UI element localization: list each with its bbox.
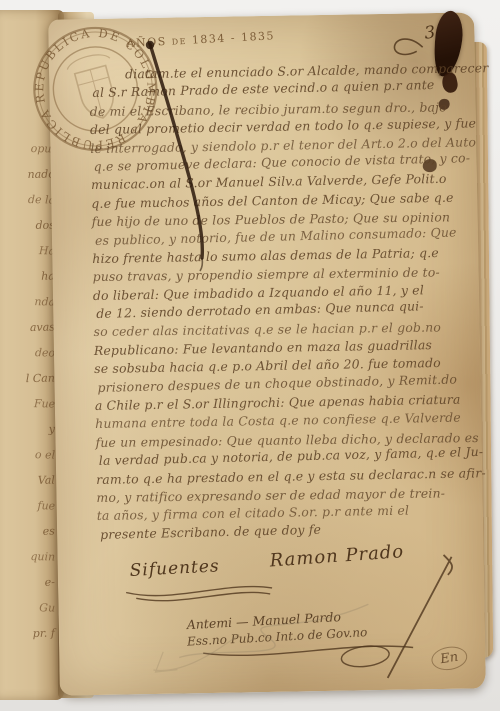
verso-fragment: fue bbox=[0, 498, 60, 525]
signature-sifuentes: Sifuentes bbox=[129, 556, 220, 581]
verso-fragment: o el bbox=[0, 447, 60, 474]
body-text: diatam.te el enunciado S.or Alcalde, man… bbox=[89, 61, 463, 545]
verso-fragment: avas bbox=[0, 320, 60, 347]
verso-fragment: deo bbox=[0, 345, 60, 372]
verso-fragment: Gu bbox=[0, 600, 60, 627]
verso-fragment: es bbox=[0, 524, 60, 551]
verso-fragment: Val bbox=[0, 473, 60, 500]
catchword: En bbox=[430, 644, 469, 672]
verso-fragment: quin bbox=[0, 549, 60, 576]
manuscript-page: AÑOS de 1834 - 1835 3 REPUBLICA DE COLOM… bbox=[48, 12, 486, 695]
verso-fragment: nda bbox=[0, 294, 60, 321]
verso-fragment: pr. f bbox=[0, 626, 60, 653]
verso-fragment: Fue bbox=[0, 396, 60, 423]
verso-fragment: l Can bbox=[0, 371, 60, 398]
verso-fragment: y bbox=[0, 422, 60, 449]
signature-ramon-prado: Ramon Prado bbox=[269, 541, 405, 571]
photo-backdrop: opu-nadode ladosHahandaavasdeol CanFueyo… bbox=[0, 0, 500, 711]
verso-fragment: ha bbox=[0, 269, 60, 296]
verso-fragment: e- bbox=[0, 575, 60, 602]
